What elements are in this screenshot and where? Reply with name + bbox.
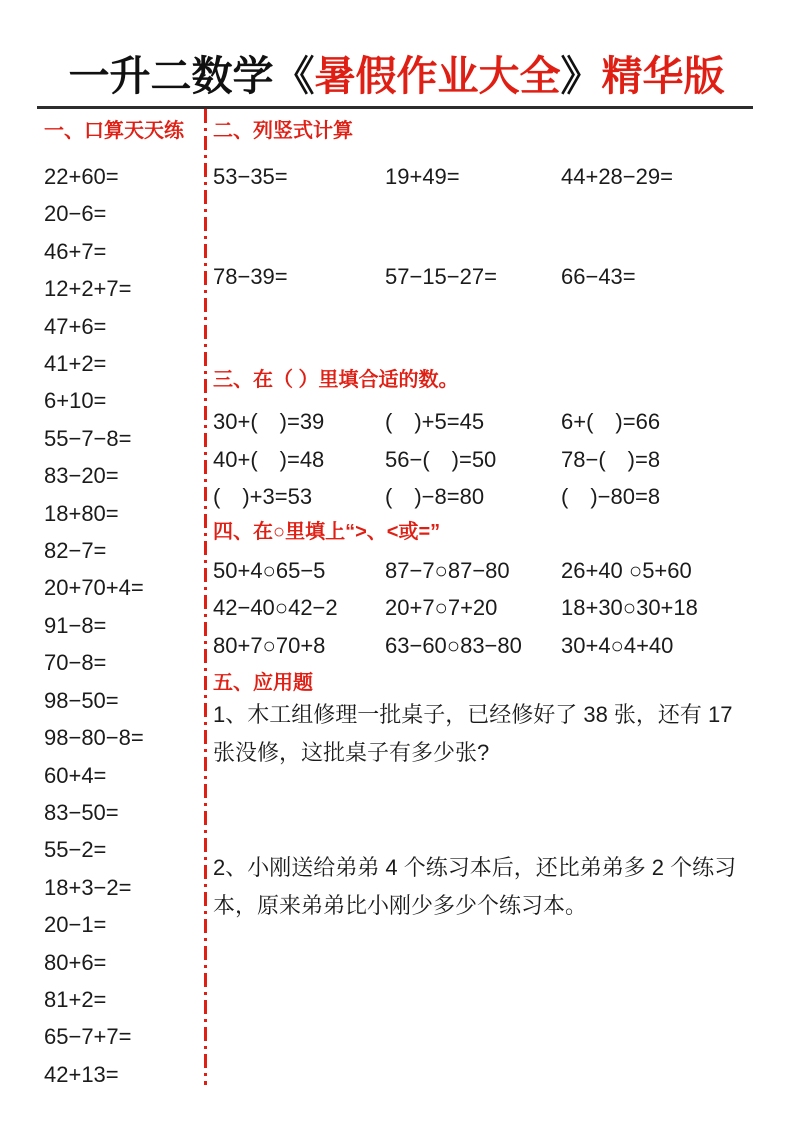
fill-blank-problem: ( )+5=45 [385,403,561,441]
oral-problem: 80+6= [44,944,204,981]
vertical-calc-row: 78−39= 57−15−27= 66−43= [213,266,756,288]
oral-problem: 60+4= [44,757,204,794]
section-oral-calculation: 一、口算天天练 22+60= 20−6= 46+7= 12+2+7= 47+6=… [37,109,204,1093]
compare-problem: 20+7○7+20 [385,589,561,627]
oral-problem: 22+60= [44,158,204,195]
oral-problem: 12+2+7= [44,270,204,307]
oral-problem: 55−2= [44,831,204,868]
right-pane: 二、列竖式计算 53−35= 19+49= 44+28−29= 78−39= 5… [207,109,756,924]
oral-problem: 20−1= [44,906,204,943]
compare-problem: 80+7○70+8 [213,627,385,665]
vertical-calc-row: 53−35= 19+49= 44+28−29= [213,166,756,188]
section5-header: 五、应用题 [213,671,756,695]
compare-row: 42−40○42−2 20+7○7+20 18+30○30+18 [213,589,756,627]
page-title: 一升二数学《暑假作业大全》精华版 [0,0,793,102]
fill-blank-row: 30+( )=39 ( )+5=45 6+( )=66 [213,403,756,441]
vertical-calc-problem: 19+49= [385,166,561,188]
oral-problem: 18+3−2= [44,869,204,906]
fill-blank-problem: 6+( )=66 [561,403,756,441]
worksheet-body: 一、口算天天练 22+60= 20−6= 46+7= 12+2+7= 47+6=… [37,109,756,1093]
fill-blank-problem: 30+( )=39 [213,403,385,441]
compare-problem: 50+4○65−5 [213,552,385,590]
vertical-calc-problem: 78−39= [213,266,385,288]
oral-problem: 82−7= [44,532,204,569]
section1-header: 一、口算天天练 [44,119,204,143]
worksheet-page: 一升二数学《暑假作业大全》精华版 一、口算天天练 22+60= 20−6= 46… [0,0,793,1122]
word-problem-1: 1、木工组修理一批桌子，已经修好了 38 张，还有 17 张没修，这批桌子有多少… [213,696,756,771]
section4-header: 四、在○里填上“>、<或=” [213,520,756,544]
vertical-calc-problem: 53−35= [213,166,385,188]
oral-problem: 83−20= [44,457,204,494]
fill-blank-problem: ( )−8=80 [385,478,561,516]
compare-row: 50+4○65−5 87−7○87−80 26+40 ○5+60 [213,552,756,590]
title-segment-highlight: 精华版 [602,53,725,99]
fill-blank-problem: ( )−80=8 [561,478,756,516]
oral-problem: 91−8= [44,607,204,644]
oral-problem: 42+13= [44,1056,204,1093]
fill-blank-row: ( )+3=53 ( )−8=80 ( )−80=8 [213,478,756,516]
fill-blank-problem: 40+( )=48 [213,441,385,479]
compare-problem: 63−60○83−80 [385,627,561,665]
oral-problem: 55−7−8= [44,420,204,457]
oral-problem: 18+80= [44,495,204,532]
oral-problem: 6+10= [44,382,204,419]
oral-problem: 41+2= [44,345,204,382]
compare-problem: 42−40○42−2 [213,589,385,627]
oral-problem: 20+70+4= [44,569,204,606]
oral-problem: 98−80−8= [44,719,204,756]
fill-blank-problem: 56−( )=50 [385,441,561,479]
oral-problem: 65−7+7= [44,1018,204,1055]
section2-header: 二、列竖式计算 [213,119,756,143]
fill-blank-row: 40+( )=48 56−( )=50 78−( )=8 [213,441,756,479]
fill-blank-problem: ( )+3=53 [213,478,385,516]
oral-problem: 81+2= [44,981,204,1018]
vertical-calc-problem: 57−15−27= [385,266,561,288]
title-segment: 一升二数学《 [69,53,315,99]
oral-problem: 98−50= [44,682,204,719]
compare-problem: 87−7○87−80 [385,552,561,590]
fill-blank-problem: 78−( )=8 [561,441,756,479]
section3-header: 三、在（ ）里填合适的数。 [213,368,756,392]
oral-problem: 20−6= [44,195,204,232]
word-problem-2: 2、小刚送给弟弟 4 个练习本后，还比弟弟多 2 个练习本，原来弟弟比小刚少多少… [213,849,756,924]
title-segment: 》 [561,53,602,99]
title-segment-highlight: 暑假作业大全 [315,53,561,99]
compare-problem: 30+4○4+40 [561,627,756,665]
oral-problem-list: 22+60= 20−6= 46+7= 12+2+7= 47+6= 41+2= 6… [44,158,204,1093]
compare-row: 80+7○70+8 63−60○83−80 30+4○4+40 [213,627,756,665]
oral-problem: 83−50= [44,794,204,831]
oral-problem: 47+6= [44,308,204,345]
oral-problem: 70−8= [44,644,204,681]
vertical-calc-problem: 44+28−29= [561,166,756,188]
compare-problem: 26+40 ○5+60 [561,552,756,590]
vertical-calc-problem: 66−43= [561,266,756,288]
oral-problem: 46+7= [44,233,204,270]
compare-problem: 18+30○30+18 [561,589,756,627]
